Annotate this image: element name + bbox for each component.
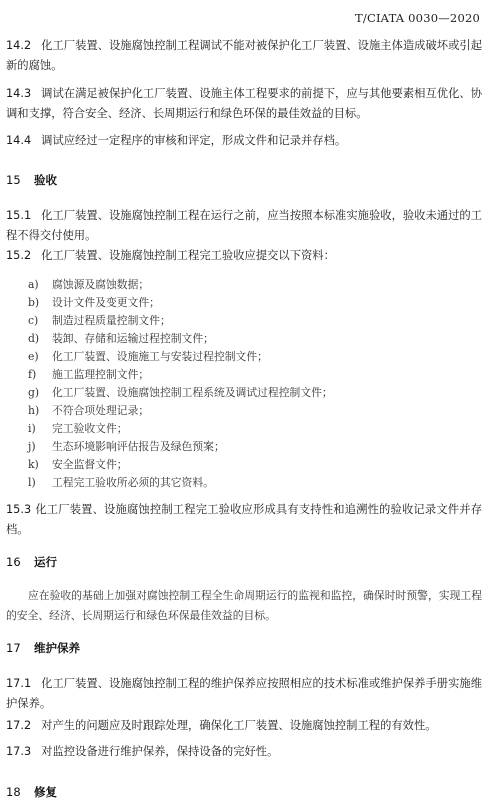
section-heading-17: 17维护保养 xyxy=(6,640,80,656)
list-text: 生态环境影响评估报告及绿色预案； xyxy=(52,440,225,453)
clause-text: 化工厂装置、设施腐蚀控制工程的维护保养应按照相应的技术标准或维护保养手册实施维护… xyxy=(6,677,482,710)
clause-text: 调试在满足被保护化工厂装置、设施主体工程要求的前提下，应与其他要素相互优化、协调… xyxy=(6,87,482,120)
section-title: 修复 xyxy=(34,785,57,799)
list-text: 完工验收文件； xyxy=(52,422,128,435)
clause-text: 对监控设备进行维护保养，保持设备的完好性。 xyxy=(41,745,278,758)
clause-15-1: 15.1化工厂装置、设施腐蚀控制工程在运行之前，应当按照本标准实施验收，验收未通… xyxy=(6,206,482,245)
list-label: f) xyxy=(28,366,52,384)
clause-number: 14.3 xyxy=(6,84,31,104)
list-text: 腐蚀源及腐蚀数据； xyxy=(52,278,149,291)
list-item: h)不符合项处理记录； xyxy=(28,402,333,420)
list-text: 化工厂装置、设施腐蚀控制工程系统及调试过程控制文件； xyxy=(52,386,333,399)
list-label: j) xyxy=(28,438,52,456)
list-label: b) xyxy=(28,294,52,312)
list-text: 工程完工验收所必须的其它资料。 xyxy=(52,476,214,489)
list-item: j)生态环境影响评估报告及绿色预案； xyxy=(28,438,333,456)
section-title: 维护保养 xyxy=(34,641,80,655)
clause-14-2: 14.2化工厂装置、设施腐蚀控制工程调试不能对被保护化工厂装置、设施主体造成破坏… xyxy=(6,36,482,75)
list-item: b)设计文件及变更文件； xyxy=(28,294,333,312)
clause-text: 化工厂装置、设施腐蚀控制工程完工验收应形成具有支持性和追溯性的验收记录文件并存档… xyxy=(6,503,482,536)
section-title: 验收 xyxy=(34,173,57,187)
section-title: 运行 xyxy=(34,555,57,569)
list-item: c)制造过程质量控制文件； xyxy=(28,312,333,330)
section-heading-16: 16运行 xyxy=(6,554,57,570)
clause-number: 15.3 xyxy=(6,500,31,520)
clause-text: 化工厂装置、设施腐蚀控制工程调试不能对被保护化工厂装置、设施主体造成破坏或引起新… xyxy=(6,39,482,72)
clause-17-2: 17.2对产生的问题应及时跟踪处理，确保化工厂装置、设施腐蚀控制工程的有效性。 xyxy=(6,716,482,736)
clause-text: 化工厂装置、设施腐蚀控制工程完工验收应提交以下资料： xyxy=(41,249,335,262)
clause-14-4: 14.4调试应经过一定程序的审核和评定，形成文件和记录并存档。 xyxy=(6,131,482,151)
list-text: 施工监理控制文件； xyxy=(52,368,149,381)
list-label: e) xyxy=(28,348,52,366)
list-item: k)安全监督文件； xyxy=(28,456,333,474)
clause-17-3: 17.3对监控设备进行维护保养，保持设备的完好性。 xyxy=(6,742,482,762)
clause-text: 对产生的问题应及时跟踪处理，确保化工厂装置、设施腐蚀控制工程的有效性。 xyxy=(41,719,436,732)
list-item: i)完工验收文件； xyxy=(28,420,333,438)
clause-number: 17.1 xyxy=(6,674,31,694)
clause-15-2: 15.2化工厂装置、设施腐蚀控制工程完工验收应提交以下资料： xyxy=(6,246,482,266)
clause-number: 17.3 xyxy=(6,742,31,762)
section-number: 17 xyxy=(6,641,34,655)
list-label: d) xyxy=(28,330,52,348)
clause-number: 15.1 xyxy=(6,206,31,226)
clause-text: 化工厂装置、设施腐蚀控制工程在运行之前，应当按照本标准实施验收，验收未通过的工程… xyxy=(6,209,482,242)
list-label: h) xyxy=(28,402,52,420)
list-text: 化工厂装置、设施施工与安装过程控制文件； xyxy=(52,350,268,363)
clause-number: 17.2 xyxy=(6,716,31,736)
section-number: 16 xyxy=(6,555,34,569)
clause-text: 调试应经过一定程序的审核和评定，形成文件和记录并存档。 xyxy=(41,134,346,147)
section-16-body: 应在验收的基础上加强对腐蚀控制工程全生命周期运行的监视和监控，确保时时预警，实现… xyxy=(6,586,482,625)
list-label: l) xyxy=(28,474,52,492)
clause-number: 15.2 xyxy=(6,246,31,266)
list-label: k) xyxy=(28,456,52,474)
clause-15-3: 15.3化工厂装置、设施腐蚀控制工程完工验收应形成具有支持性和追溯性的验收记录文… xyxy=(6,500,482,539)
list-label: i) xyxy=(28,420,52,438)
list-item: g)化工厂装置、设施腐蚀控制工程系统及调试过程控制文件； xyxy=(28,384,333,402)
list-text: 不符合项处理记录； xyxy=(52,404,149,417)
section-heading-15: 15验收 xyxy=(6,172,57,188)
document-page: T/CIATA 0030—2020 14.2化工厂装置、设施腐蚀控制工程调试不能… xyxy=(0,0,490,805)
clause-number: 14.4 xyxy=(6,131,31,151)
list-item: f)施工监理控制文件； xyxy=(28,366,333,384)
clause-14-3: 14.3调试在满足被保护化工厂装置、设施主体工程要求的前提下，应与其他要素相互优… xyxy=(6,84,482,123)
section-number: 18 xyxy=(6,785,34,799)
submission-list: a)腐蚀源及腐蚀数据； b)设计文件及变更文件； c)制造过程质量控制文件； d… xyxy=(28,276,333,492)
clause-number: 14.2 xyxy=(6,36,31,56)
section-heading-18: 18修复 xyxy=(6,784,57,800)
list-text: 制造过程质量控制文件； xyxy=(52,314,171,327)
list-item: l)工程完工验收所必须的其它资料。 xyxy=(28,474,333,492)
section-number: 15 xyxy=(6,173,34,187)
list-label: a) xyxy=(28,276,52,294)
list-label: c) xyxy=(28,312,52,330)
list-item: e)化工厂装置、设施施工与安装过程控制文件； xyxy=(28,348,333,366)
list-text: 装卸、存储和运输过程控制文件； xyxy=(52,332,214,345)
list-text: 安全监督文件； xyxy=(52,458,128,471)
list-text: 设计文件及变更文件； xyxy=(52,296,160,309)
list-item: d)装卸、存储和运输过程控制文件； xyxy=(28,330,333,348)
clause-17-1: 17.1化工厂装置、设施腐蚀控制工程的维护保养应按照相应的技术标准或维护保养手册… xyxy=(6,674,482,713)
document-code: T/CIATA 0030—2020 xyxy=(355,11,480,25)
list-label: g) xyxy=(28,384,52,402)
list-item: a)腐蚀源及腐蚀数据； xyxy=(28,276,333,294)
